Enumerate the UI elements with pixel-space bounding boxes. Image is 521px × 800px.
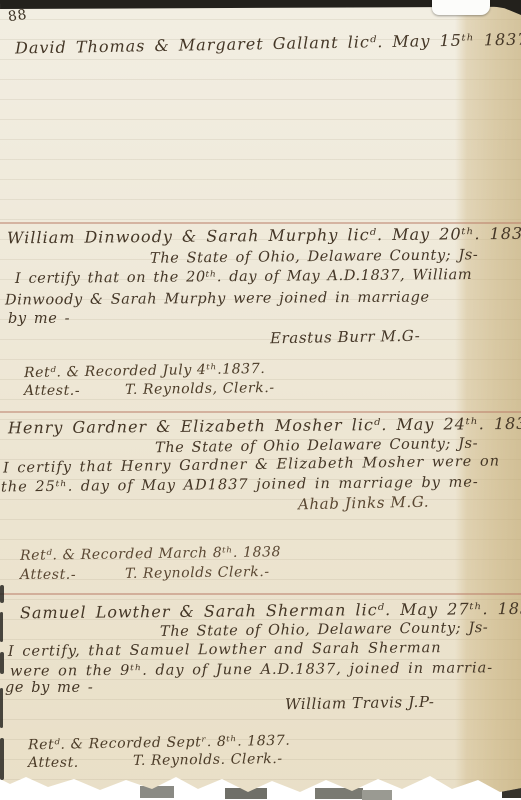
officiant-signature: Erastus Burr M.G- <box>270 327 421 348</box>
entry-header: Henry Gardner & Elizabeth Mosher licᵈ. M… <box>8 414 521 438</box>
ledger-paper: 88 David Thomas & Margaret Gallant licᵈ.… <box>0 0 521 800</box>
state-county-line: The State of Ohio Delaware County; Js- <box>155 436 478 457</box>
attest-label: Attest.- <box>24 383 80 399</box>
entry-header: William Dinwoody & Sarah Murphy licᵈ. Ma… <box>7 224 521 248</box>
certification-line: were on the 9ᵗʰ. day of June A.D.1837, j… <box>10 660 493 679</box>
recorded-line: Retᵈ. & Recorded March 8ᵗʰ. 1838 <box>20 544 281 564</box>
binding-edge-mark <box>0 585 4 603</box>
clerk-signature: T. Reynolds. Clerk.- <box>133 751 283 769</box>
clerk-signature: T. Reynolds, Clerk.- <box>125 380 275 398</box>
state-county-line: The State of Ohio, Delaware County; Js- <box>160 620 489 640</box>
binding-edge-mark <box>0 688 3 728</box>
certification-line: I certify that on the 20ᵗʰ. day of May A… <box>15 267 472 287</box>
recorded-line: Retᵈ. & Recorded Septʳ. 8ᵗʰ. 1837. <box>28 733 291 754</box>
recorded-line: Retᵈ. & Recorded July 4ᵗʰ.1837. <box>24 361 266 381</box>
officiant-signature: William Travis J.P- <box>285 693 435 714</box>
certification-line: I certify, that Samuel Lowther and Sarah… <box>8 640 442 660</box>
section-divider-rule <box>0 593 521 595</box>
marriage-register-page: 88 David Thomas & Margaret Gallant licᵈ.… <box>0 0 521 800</box>
torn-edge-fragment <box>140 786 174 798</box>
binding-edge-mark <box>0 652 4 674</box>
attest-label: Attest.- <box>20 567 76 583</box>
torn-edge-fragment <box>362 790 392 800</box>
page-edge-strip <box>455 0 521 800</box>
certification-line: Dinwoody & Sarah Murphy were joined in m… <box>5 290 430 309</box>
page-number: 88 <box>7 7 28 25</box>
certification-line: I certify that Henry Gardner & Elizabeth… <box>3 454 500 477</box>
torn-edge-fragment <box>315 788 363 799</box>
state-county-line: The State of Ohio, Delaware County; Js- <box>150 247 479 266</box>
binding-edge-mark <box>0 738 4 780</box>
entry-header: David Thomas & Margaret Gallant licᵈ. Ma… <box>15 29 521 57</box>
certification-line: ge by me - <box>5 680 93 696</box>
certification-line: by me - <box>8 311 70 327</box>
attest-label: Attest. <box>28 755 79 771</box>
entry-header: Samuel Lowther & Sarah Sherman licᵈ. May… <box>20 599 521 623</box>
section-divider-rule <box>0 411 521 413</box>
clerk-signature: T. Reynolds Clerk.- <box>125 564 270 582</box>
page-marker-tab <box>432 0 490 15</box>
officiant-signature: Ahab Jinks M.G. <box>298 493 430 514</box>
binding-edge-mark <box>0 612 3 642</box>
